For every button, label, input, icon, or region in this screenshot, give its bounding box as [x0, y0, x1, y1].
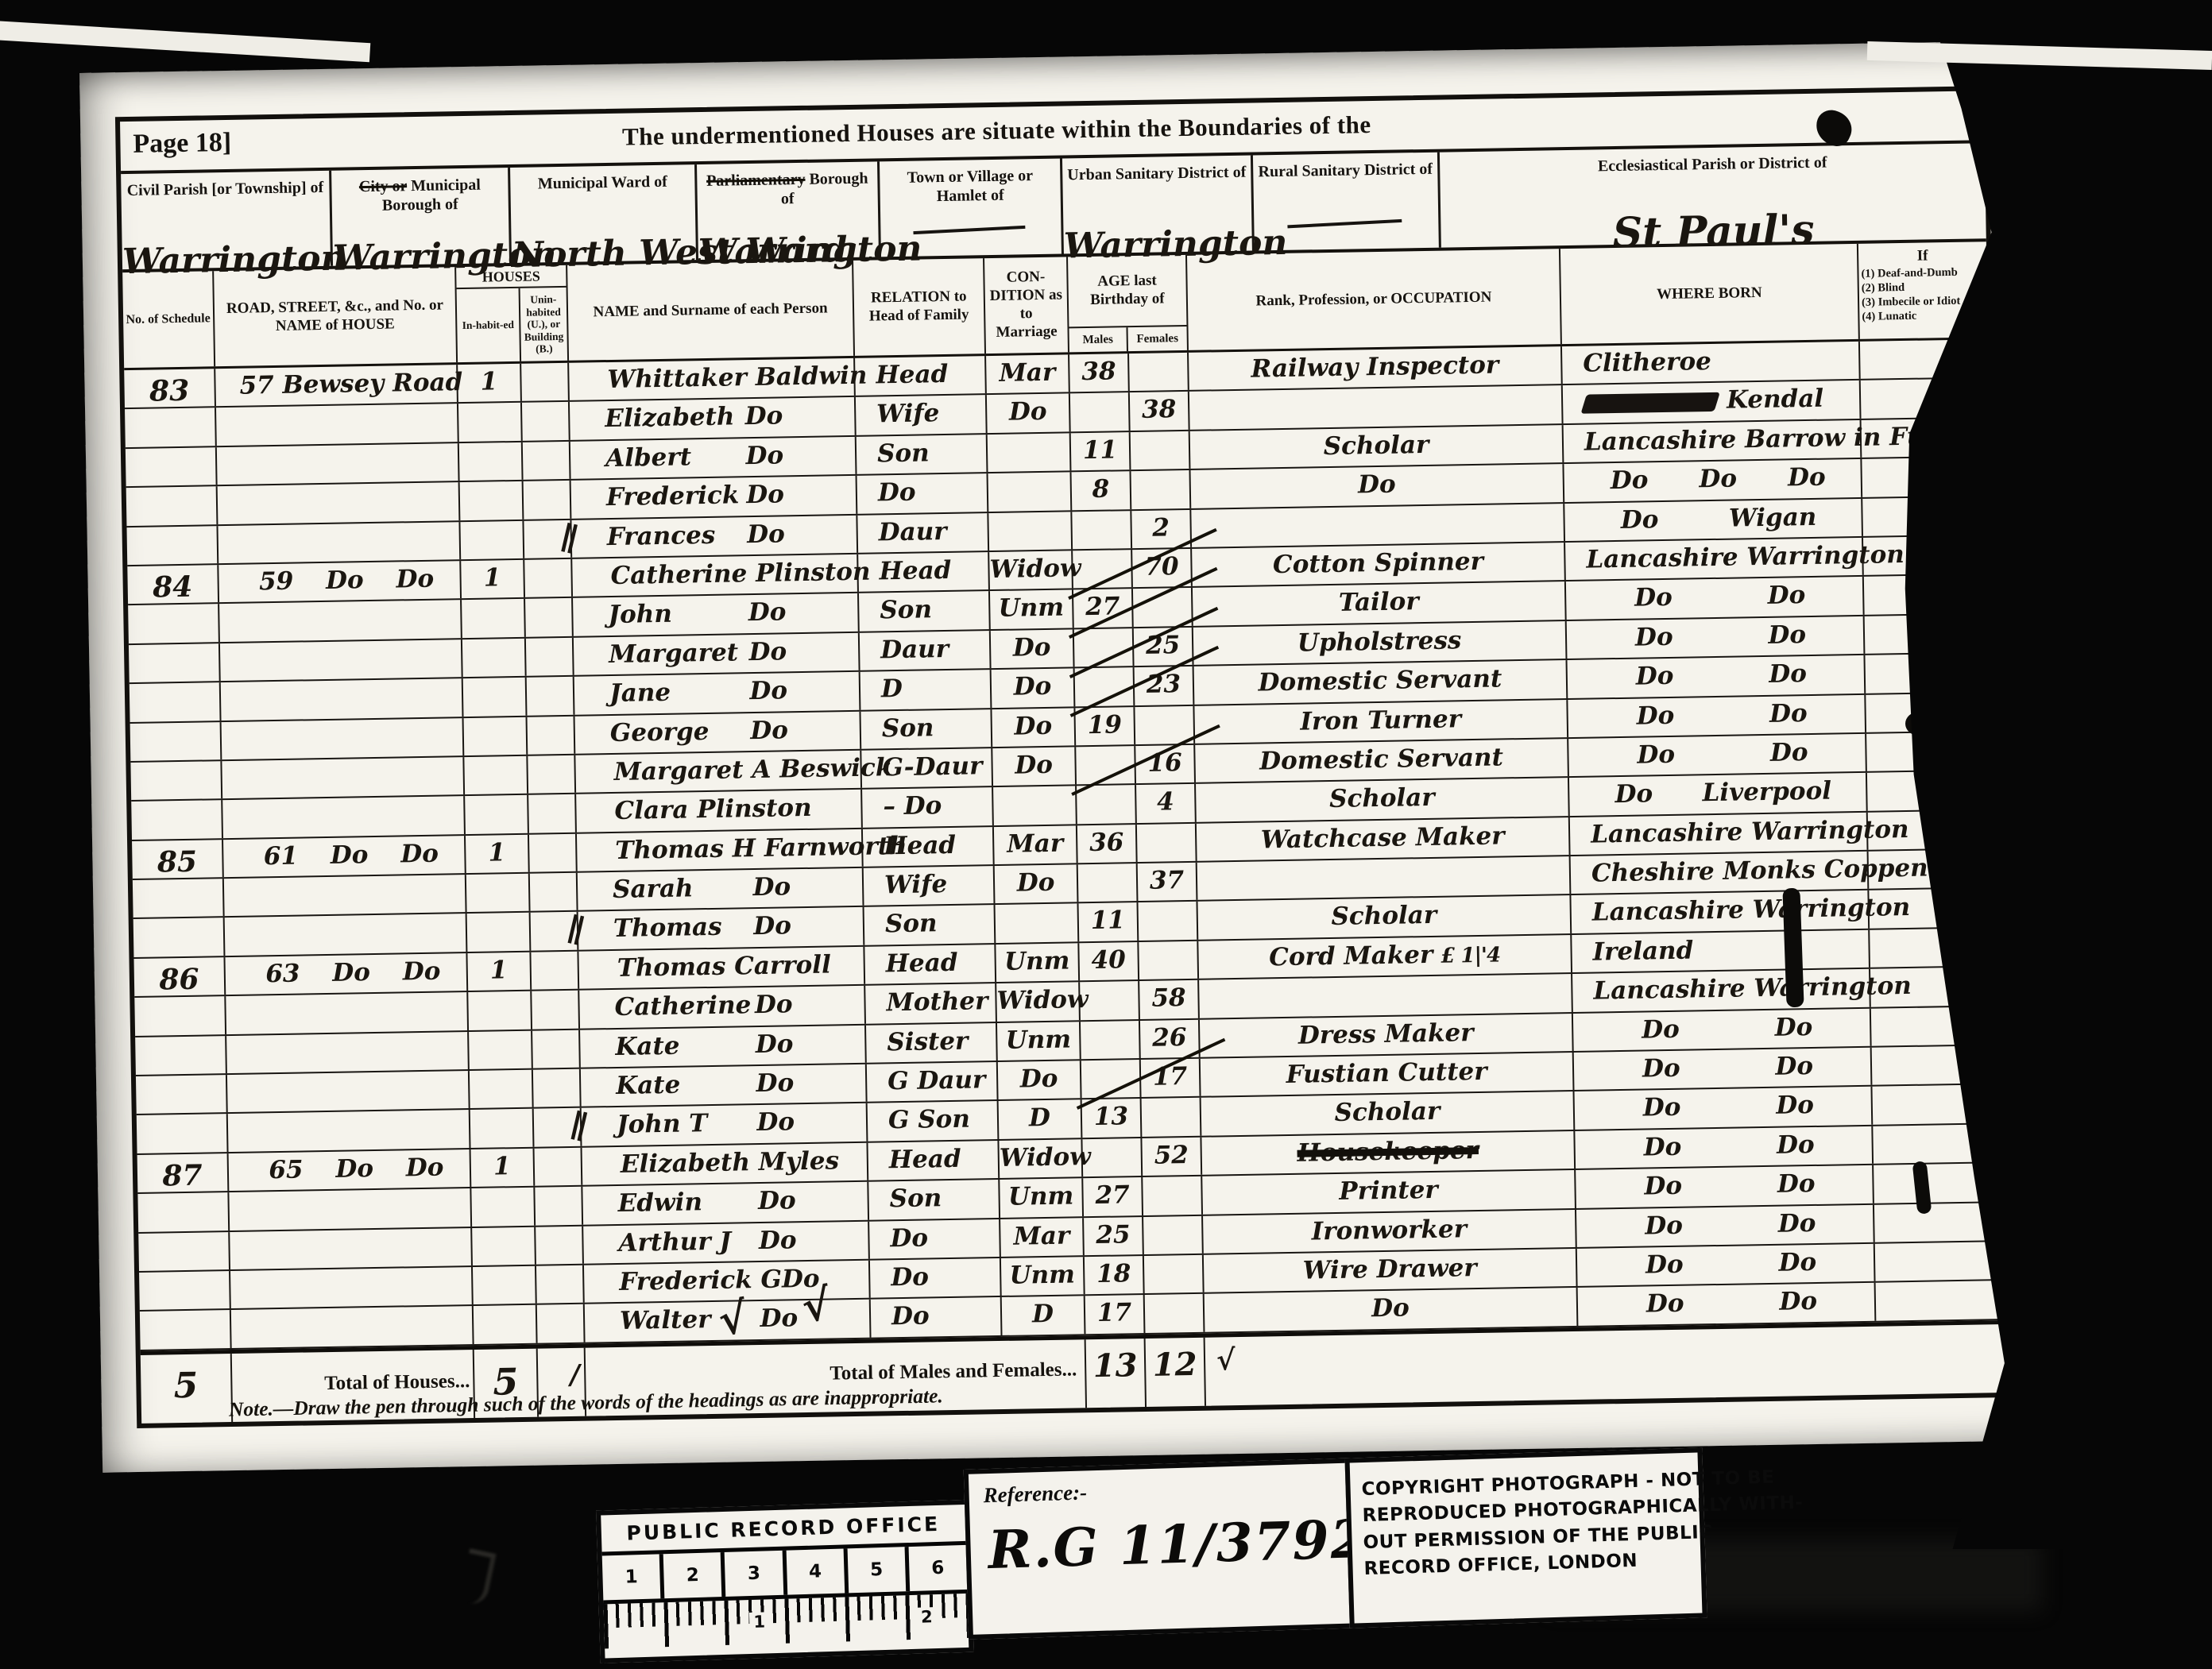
cell-s [137, 1115, 229, 1153]
cell-s [126, 486, 218, 525]
cell-road [231, 1306, 474, 1347]
cell-name: JaneDo [574, 672, 861, 714]
cell-un [524, 559, 573, 597]
cell-s [136, 1075, 228, 1114]
header-box-value: North West Ward [511, 232, 696, 276]
cell-f [1129, 353, 1189, 392]
cell-name: Whittaker Baldwin [569, 358, 856, 400]
cell-s: 85 [132, 840, 224, 879]
torn-paper-edge-top-left [0, 21, 370, 62]
cell-name: MargaretDo [574, 633, 860, 675]
cell-name: GeorgeDo [575, 711, 862, 753]
cell-f [1137, 824, 1197, 863]
cell-un [535, 1148, 583, 1186]
cell-cond [988, 473, 1073, 512]
cell-rel: Son [857, 435, 988, 474]
cell-m: 27 [1083, 1177, 1143, 1216]
ruler-number: 3 [725, 1551, 787, 1597]
cell-born: Lancashire Warrington [1572, 969, 1871, 1012]
cell-born: DoDo [1574, 1048, 1873, 1091]
cell-occ: Scholar [1196, 778, 1570, 821]
cell-road [219, 600, 462, 641]
col-occupation: Rank, Profession, or OCCUPATION [1187, 249, 1562, 350]
cell-un [526, 638, 574, 676]
page-number: Page 18] [133, 128, 231, 160]
cell-cond: Widow [996, 983, 1081, 1022]
reference-box: Reference:- R.G 11/3792. [964, 1458, 1355, 1640]
cell-occ: Iron Turner [1194, 700, 1568, 744]
cell-m [1082, 1138, 1143, 1177]
table-rows: 8357 Bewsey Road1Whittaker BaldwinHeadMa… [124, 339, 2004, 1350]
cell-un [531, 952, 579, 990]
header-box-1: Civil Parish [or Township] ofWarrington [121, 171, 333, 269]
cell-inh [460, 481, 524, 520]
cell-s [133, 879, 225, 918]
cell-un [527, 677, 575, 715]
cell-born: DoDoDo [1564, 459, 1862, 502]
cell-cond: Unm [996, 943, 1080, 982]
cell-born: DoLiverpool [1569, 773, 1868, 816]
cell-road [218, 482, 461, 523]
cell-m: 18 [1085, 1256, 1145, 1295]
cell-born: DoDo [1573, 1008, 1872, 1051]
cell-inh [469, 1030, 533, 1069]
cell-rel: Head [868, 1141, 1000, 1180]
cell-f: 38 [1130, 392, 1190, 431]
cell-occ [1189, 385, 1564, 429]
copyright-box: COPYRIGHT PHOTOGRAPH - NOT TO BEREPRODUC… [1344, 1447, 1707, 1628]
cell-cond: Widow [999, 1139, 1083, 1178]
cell-rel: Do [857, 473, 989, 513]
cell-s [138, 1232, 230, 1271]
cell-name: Margaret A Beswick [575, 751, 862, 793]
cell-occ [1199, 974, 1573, 1018]
cell-rel: G-Daur [861, 748, 993, 788]
cell-s [126, 526, 218, 565]
cell-occ: Dress Maker [1200, 1014, 1574, 1057]
cell-cond: Unm [1000, 1178, 1084, 1217]
cell-s [129, 643, 221, 682]
cell-born: DoDo [1568, 655, 1866, 698]
cell-inh [458, 403, 523, 442]
cell-rel: Do [870, 1258, 1002, 1298]
cell-un [532, 1030, 581, 1068]
cell-name: EdwinDo [582, 1182, 869, 1224]
cell-cond: Do [991, 629, 1075, 668]
cell-inh [462, 599, 526, 638]
ruler-ticks: 12 [603, 1590, 969, 1649]
cell-name: Clara Plinston [576, 790, 863, 832]
cell-s: 87 [137, 1153, 230, 1192]
cell-born: DoDo [1576, 1204, 1875, 1247]
cell-cond: Unm [997, 1022, 1081, 1061]
cell-rel: Sister [866, 1023, 998, 1063]
blank-dash [1287, 219, 1402, 228]
cell-road [228, 1110, 471, 1151]
cell-cond: Do [992, 747, 1077, 786]
cell-born: DoDo [1566, 577, 1865, 620]
cell-inh [459, 442, 524, 481]
cell-rel: Daur [857, 513, 989, 553]
cell-f: 4 [1136, 784, 1197, 823]
header-box-2: City or Municipal Borough ofWarrington [331, 168, 512, 266]
cell-cond: Do [995, 864, 1079, 903]
cell-road: 57 Bewsey Road [215, 365, 458, 406]
cell-born: DoDo [1578, 1283, 1877, 1326]
col-inhabited: In-habit-ed [457, 288, 522, 362]
cell-un [525, 598, 574, 636]
cell-born: DoDo [1568, 694, 1866, 737]
cell-m: 17 [1085, 1295, 1146, 1334]
cell-born: DoWigan [1564, 498, 1863, 541]
cell-occ: Cord Maker£ 1|'4 [1198, 935, 1572, 979]
reference-value: R.G 11/3792. [984, 1497, 1334, 1581]
cell-inh: 1 [466, 834, 530, 873]
cell-un [528, 716, 576, 754]
header-box-value: Warrington [332, 235, 509, 279]
totals-schedule: 5 [141, 1354, 233, 1424]
cell-born: Cheshire Monks Coppenhall [1571, 852, 1870, 894]
cell-name: ElizabethDo [570, 397, 857, 439]
cell-inh [470, 1109, 535, 1148]
cell-rel: Mother [865, 983, 997, 1023]
cell-born: Lancashire Warrington [1565, 538, 1864, 581]
cell-name: CatherineDo [579, 986, 866, 1028]
header-box-3: Municipal Ward ofNorth West Ward [510, 164, 698, 263]
cell-f: 37 [1138, 863, 1198, 902]
header-box-4: Parliamentary Borough ofWarrington [697, 161, 881, 260]
cell-occ: Wire Drawer [1204, 1249, 1578, 1292]
header-box-label: Parliamentary Borough of [697, 168, 878, 211]
cell-occ: Housekeeper [1201, 1131, 1576, 1175]
cell-occ: Upholstress [1193, 621, 1568, 665]
cell-cond [988, 433, 1072, 472]
cell-inh: 1 [461, 560, 525, 599]
cell-inh: 1 [467, 952, 532, 991]
header-box-6: Urban Sanitary District ofWarrington [1062, 156, 1255, 254]
cell-born: DoDo [1567, 616, 1866, 659]
cell-road [217, 443, 460, 485]
cell-inf [1875, 1242, 2004, 1281]
cell-born: Lancashire Barrow in Furness [1564, 420, 1862, 463]
cell-m [1072, 511, 1132, 550]
cell-s [126, 447, 218, 486]
cell-m [1080, 981, 1140, 1020]
pro-ruler-box: PUBLIC RECORD OFFICE 123456 12 [596, 1500, 973, 1663]
cell-cond: Mar [1000, 1218, 1085, 1257]
cell-road [230, 1228, 473, 1269]
header-box-label: City or Municipal Borough of [331, 174, 509, 218]
cell-cond [993, 786, 1077, 825]
cell-cond: Do [992, 668, 1076, 707]
cell-f [1131, 431, 1191, 470]
cell-road: 65DoDo [229, 1149, 472, 1191]
cell-f [1139, 902, 1199, 941]
cell-inh [462, 639, 527, 678]
cell-rel: – Do [862, 787, 994, 827]
cell-born: Kendal [1563, 381, 1862, 423]
cell-born: DoDo [1576, 1165, 1874, 1208]
ruler-number: 2 [917, 1607, 937, 1627]
cell-m: 19 [1075, 707, 1135, 746]
header-box-value: Warrington [122, 238, 331, 282]
cell-rel: Head [858, 552, 990, 592]
header-box-value: Warrington [698, 229, 879, 272]
cell-occ: Cotton Spinner [1192, 543, 1566, 586]
cell-occ [1191, 504, 1565, 547]
cell-born: DoDo [1575, 1087, 1874, 1130]
cell-name: Elizabeth Myles [582, 1143, 869, 1185]
photograph: { "page": { "page_label": "Page 18]", "t… [0, 0, 2212, 1669]
cell-road [222, 796, 466, 837]
ruler-number: 1 [602, 1554, 665, 1600]
cell-rel: Son [860, 709, 992, 749]
cell-m: 11 [1079, 903, 1139, 942]
cell-occ: Fustian Cutter [1201, 1053, 1575, 1096]
cell-road [226, 992, 469, 1033]
cell-born: Lancashire Warrington [1571, 891, 1870, 933]
header-box-label: Urban Sanitary District of [1062, 162, 1251, 187]
cell-occ: Domestic Servant [1195, 739, 1569, 782]
cell-inh [464, 717, 528, 755]
cell-rel: Son [859, 591, 991, 631]
ruler-number: 2 [663, 1552, 726, 1598]
cell-f [1143, 1176, 1203, 1215]
cell-inh [470, 1070, 534, 1109]
cell-rel: G Son [868, 1101, 1000, 1141]
cell-s [133, 918, 226, 957]
cell-un [533, 1069, 582, 1107]
cell-f [1145, 1294, 1205, 1333]
col-road: ROAD, STREET, &c., and No. or NAME of HO… [214, 267, 458, 366]
cell-s [128, 605, 220, 643]
cell-cond: Do [987, 394, 1071, 433]
cell-un [528, 794, 577, 833]
cell-m: 8 [1072, 471, 1132, 510]
cell-name: FrancesDo [571, 515, 858, 557]
cell-rel: Son [864, 906, 996, 945]
cell-inh: 1 [471, 1149, 536, 1188]
census-form: Page 18] The undermentioned Houses are s… [115, 86, 2010, 1428]
cell-occ: Domestic Servant [1194, 660, 1568, 704]
col-houses: HOUSES In-habit-ed Unin-habited (U.), or… [456, 265, 569, 362]
cell-s [139, 1271, 231, 1310]
cell-road: 63DoDo [225, 953, 468, 995]
cell-rel: Daur [860, 631, 992, 670]
cell-rel: Head [863, 827, 995, 867]
ruler-number: 4 [786, 1548, 849, 1594]
cell-inh [464, 756, 528, 795]
cell-road [227, 1071, 470, 1112]
cell-cond: Do [998, 1061, 1082, 1099]
cell-occ: Scholar [1201, 1091, 1576, 1135]
cell-m: 13 [1082, 1099, 1143, 1138]
census-page: Page 18] The undermentioned Houses are s… [79, 41, 2041, 1473]
cell-un [528, 755, 576, 794]
cell-un [535, 1187, 583, 1225]
cell-occ: Tailor [1193, 581, 1567, 625]
cell-road [218, 522, 461, 563]
cell-name: Catherine Plinston [572, 554, 859, 597]
cell-f [1144, 1255, 1205, 1294]
cell-s [130, 682, 222, 721]
cell-rel: Do [869, 1219, 1001, 1259]
cell-cond: Unm [1001, 1257, 1085, 1296]
blank-dash [913, 226, 1025, 234]
cell-name: KateDo [580, 1025, 867, 1067]
cell-un [522, 402, 570, 440]
cell-rel: Wife [864, 866, 996, 906]
cell-road [222, 757, 465, 798]
header-box-label: Rural Sanitary District of [1253, 159, 1437, 184]
cell-cond: D [1002, 1296, 1086, 1335]
cell-rel: Son [868, 1180, 1000, 1219]
cell-inh [474, 1305, 538, 1344]
cell-born: Ireland [1572, 930, 1870, 973]
cell-road [229, 1188, 472, 1230]
cell-inh [467, 913, 532, 952]
cell-m: 25 [1084, 1217, 1144, 1256]
cell-name: Arthur JDo [583, 1221, 870, 1263]
col-where-born: WHERE BORN [1560, 244, 1860, 344]
cell-road [221, 678, 464, 720]
cell-inh [471, 1188, 536, 1227]
cell-cond: Do [992, 708, 1076, 747]
cell-inh [472, 1227, 536, 1265]
cell-m: 11 [1071, 432, 1131, 471]
cell-occ [1197, 856, 1572, 900]
cell-occ: Railway Inspector [1189, 346, 1563, 390]
cell-cond: Mar [986, 354, 1070, 393]
col-females: Females [1128, 326, 1187, 351]
cell-m [1078, 863, 1139, 902]
cell-cond: Mar [994, 825, 1078, 864]
cell-f: 52 [1142, 1138, 1202, 1176]
cell-road [222, 718, 465, 759]
cell-m [1070, 393, 1131, 432]
cell-s: 86 [133, 957, 226, 996]
cell-f [1142, 1098, 1202, 1137]
header-box-label: Town or Village or Hamlet of [880, 165, 1061, 209]
ruler-number: 1 [749, 1612, 769, 1632]
header-box-label: Ecclesiastical Parish or District of [1440, 149, 1985, 180]
cell-road: 59DoDo [218, 561, 462, 602]
cell-road [216, 404, 459, 446]
cell-f [1131, 470, 1191, 509]
cell-inh [460, 520, 524, 559]
cell-rel: Wife [856, 396, 988, 435]
cell-s [125, 408, 217, 447]
cell-s [135, 1036, 227, 1075]
col-relation: RELATION to Head of Family [853, 258, 986, 356]
cell-cond: D [999, 1100, 1083, 1139]
cell-road [224, 875, 467, 916]
col-schedule: No. of Schedule [122, 271, 215, 368]
cell-name: ThomasDo [578, 907, 865, 949]
cell-name: FrederickDo [571, 476, 858, 518]
cell-road [226, 1032, 470, 1073]
cell-un [529, 833, 578, 871]
cell-born: DoDo [1568, 734, 1867, 777]
col-condition: CON-DITION as to Marriage [984, 257, 1069, 354]
header-box-value: Warrington [1063, 223, 1252, 267]
pencil-mark [458, 1548, 496, 1607]
cell-f [1139, 941, 1199, 980]
cell-f [1143, 1215, 1204, 1254]
cell-inh: 1 [458, 364, 522, 403]
crossed-out-word [1580, 392, 1719, 414]
cell-rel: D [860, 670, 992, 709]
header-box-label: Municipal Ward of [510, 171, 694, 195]
cell-name: Thomas Carroll [578, 947, 865, 989]
cell-inf [1876, 1281, 2005, 1320]
cell-rel: G Daur [867, 1062, 999, 1102]
cell-name: KateDo [581, 1064, 868, 1107]
cell-m: 40 [1079, 942, 1139, 981]
cell-un [523, 442, 571, 480]
cell-m [1077, 785, 1137, 824]
header-box-8: Ecclesiastical Parish or District ofSt P… [1440, 143, 1986, 247]
col-males: Males [1069, 327, 1128, 352]
cell-inh [463, 678, 528, 717]
cell-inh [466, 874, 531, 913]
cell-name: SarahDo [578, 868, 864, 910]
cell-cond: Unm [990, 590, 1074, 629]
cell-un [536, 1226, 584, 1264]
cell-m: 36 [1077, 825, 1138, 863]
cell-inh [473, 1266, 537, 1305]
cell-occ: Do [1205, 1288, 1579, 1331]
cell-inh [468, 991, 532, 1030]
ruler-number: 6 [908, 1545, 967, 1591]
cell-rel: Do [871, 1297, 1003, 1337]
header-box-label: Civil Parish [or Township] of [121, 177, 329, 203]
cell-born: DoDo [1577, 1244, 1876, 1287]
cell-s [134, 996, 226, 1035]
cell-rel: Head [855, 356, 987, 396]
cell-un [536, 1265, 585, 1304]
cell-occ: Scholar [1190, 425, 1564, 469]
cell-s: 84 [127, 565, 219, 604]
cell-f: 58 [1139, 980, 1200, 1019]
cell-un [530, 873, 578, 911]
cell-cond [996, 904, 1080, 943]
cell-s [137, 1192, 230, 1231]
cell-name: JohnDo [573, 593, 860, 636]
cell-road [230, 1267, 474, 1308]
cell-name: Thomas H Farnworth [577, 829, 864, 871]
ruler-number: 5 [847, 1547, 910, 1593]
cell-born: Clitheroe [1562, 342, 1861, 384]
cell-road: 61DoDo [223, 836, 466, 877]
cell-rel: Head [864, 945, 996, 984]
cell-s [131, 800, 223, 839]
cell-born: Lancashire Warrington [1570, 812, 1869, 855]
cell-occ: Scholar [1197, 895, 1572, 939]
cell-name: AlbertDo [570, 437, 857, 479]
cell-occ: Ironworker [1203, 1210, 1577, 1254]
cell-inh [465, 795, 529, 834]
cell-un [524, 481, 572, 519]
header-box-value: St Paul's [1441, 203, 1986, 260]
cell-s [140, 1310, 232, 1349]
cell-s [130, 761, 222, 800]
cell-un [537, 1304, 586, 1343]
cell-s: 83 [124, 369, 216, 408]
cell-cond: Widow [989, 551, 1073, 589]
cell-occ: Printer [1202, 1170, 1576, 1214]
pen-marks: £ 1|'4 [1441, 943, 1500, 968]
